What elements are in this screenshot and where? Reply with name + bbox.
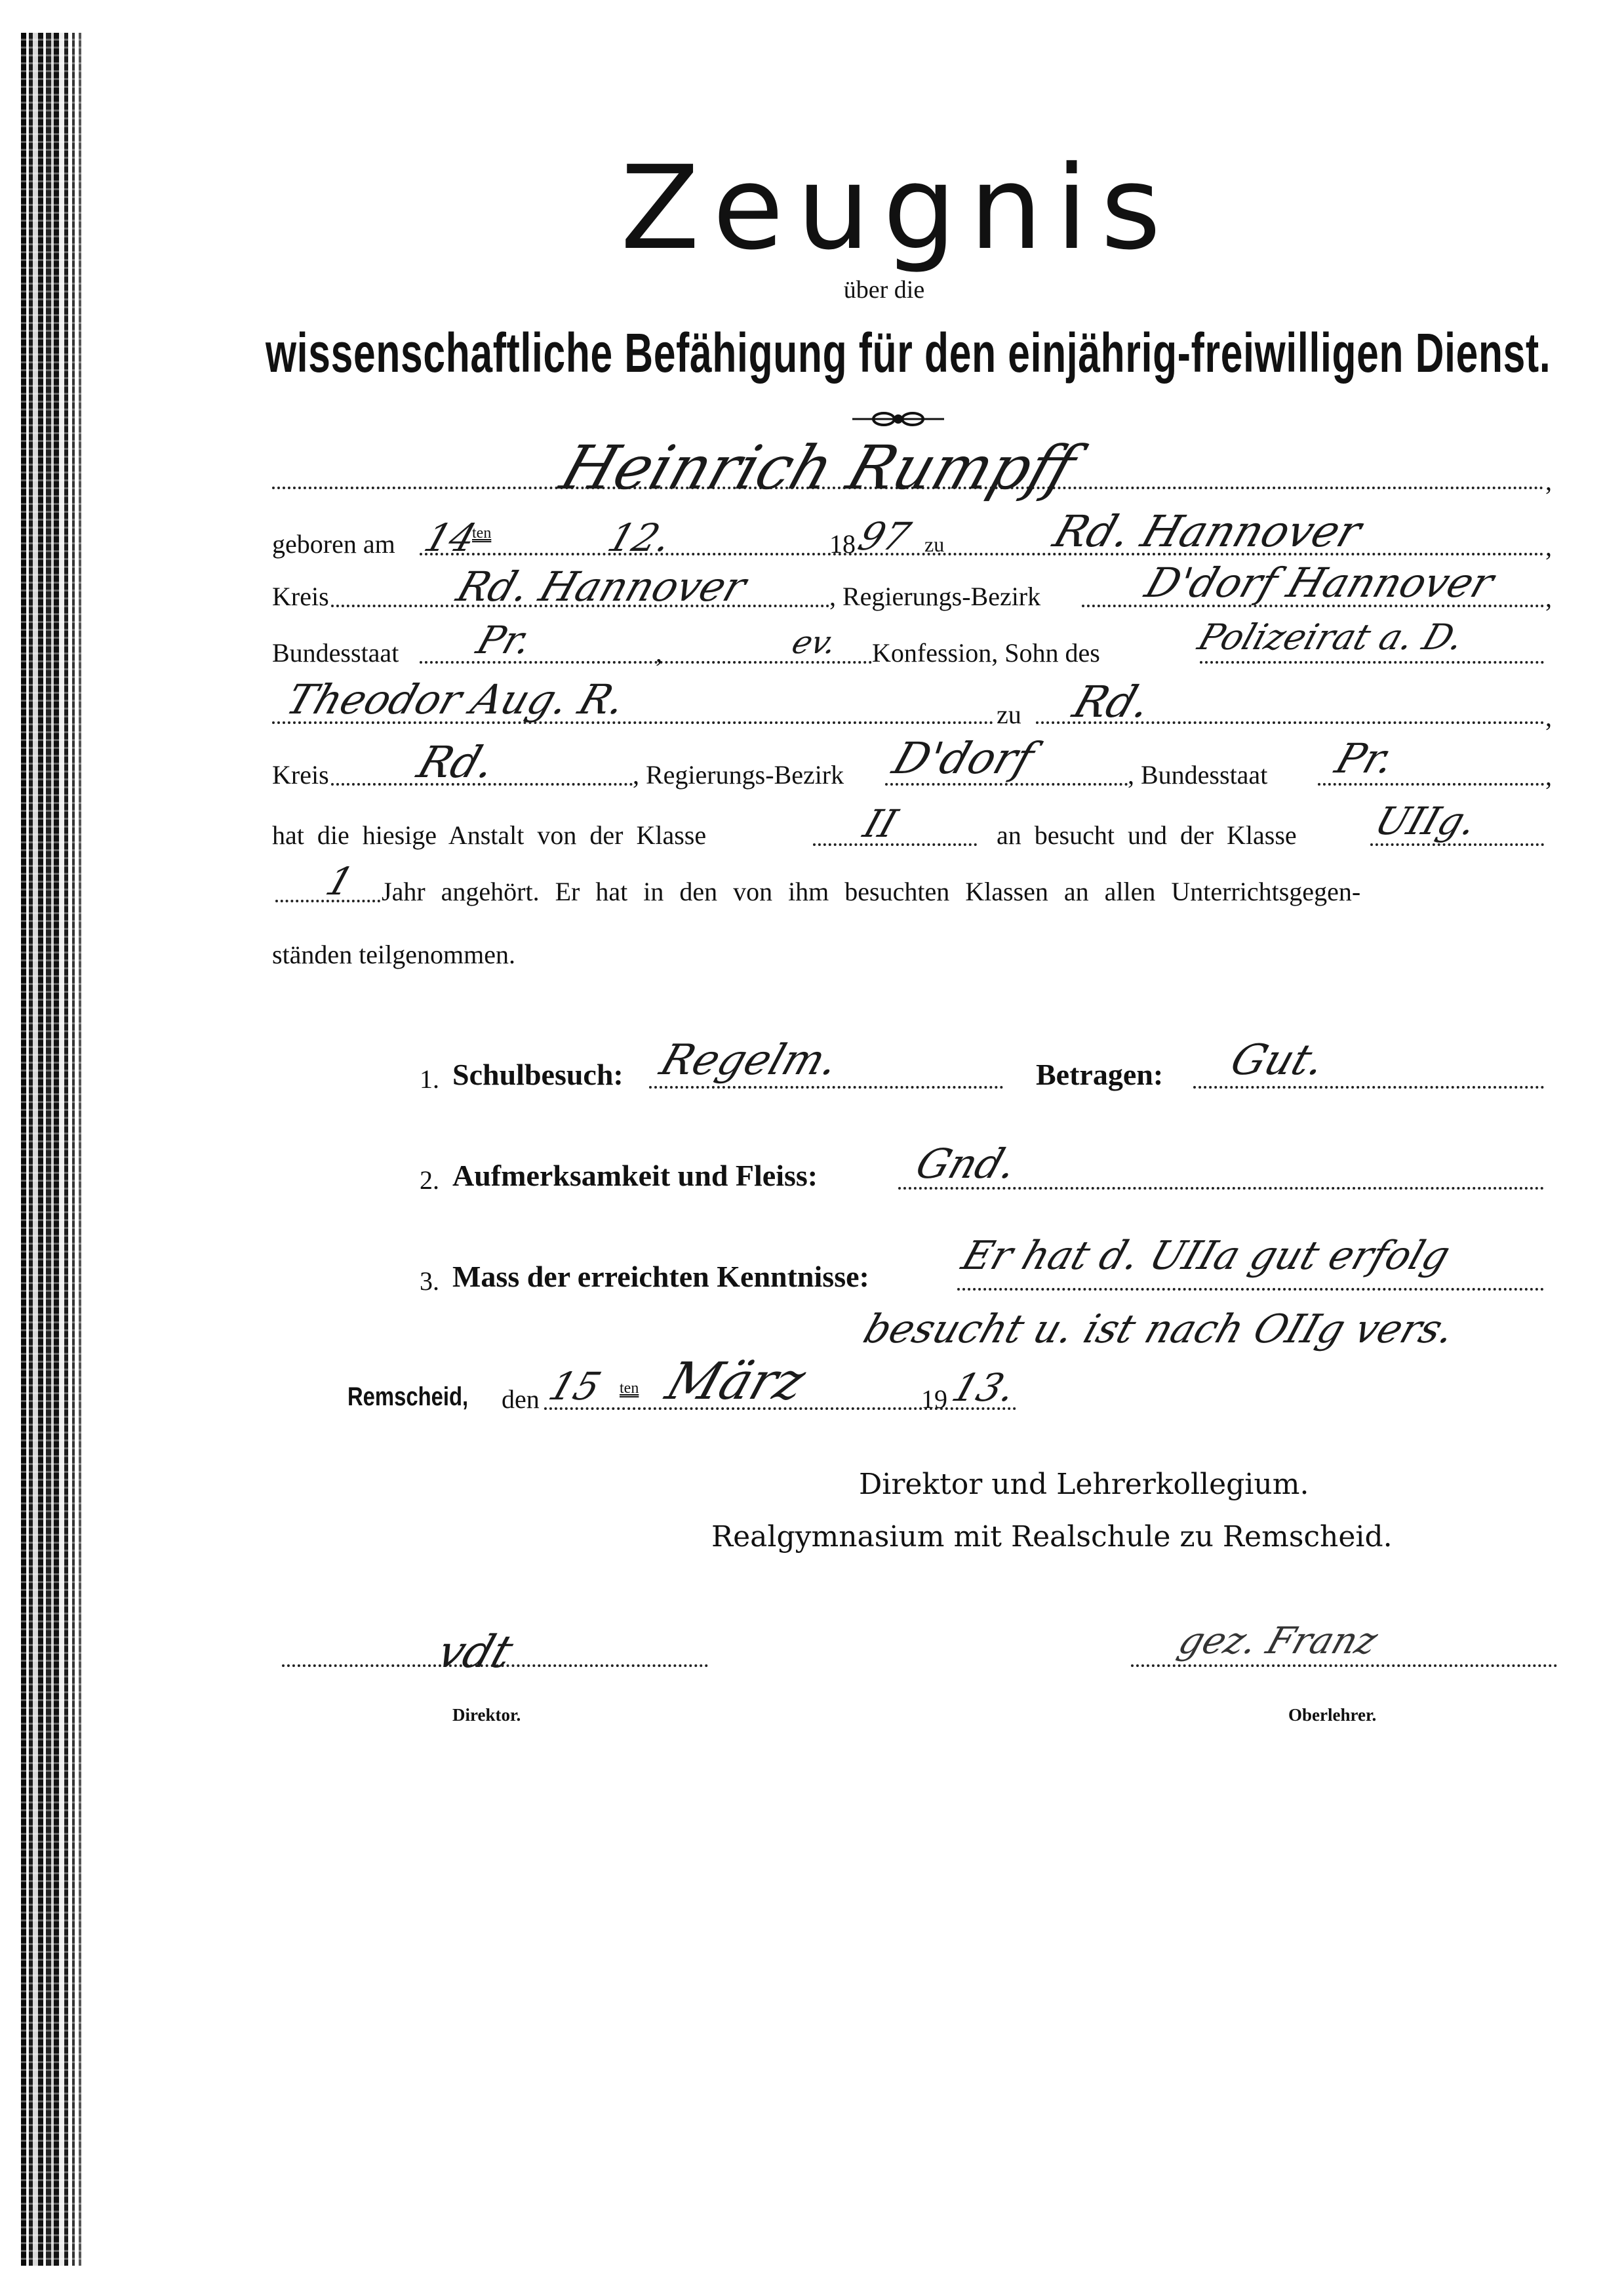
document-subtitle: über die [0, 275, 1624, 304]
date-place: Remscheid, [347, 1382, 468, 1412]
father-place-field[interactable]: Rd. [1067, 677, 1157, 727]
kreis2-field[interactable]: Rd. [411, 737, 502, 788]
birth-year-field[interactable]: 97 [853, 514, 916, 559]
grade-kenntnisse-label: Mass der erreichten Kenntnisse: [452, 1259, 869, 1294]
issuer-line-1: Direktor und Lehrerkollegium. [859, 1468, 1309, 1501]
grade-1-number: 1. [420, 1064, 439, 1094]
comma: , [1545, 582, 1552, 613]
label-kreis: Kreis [272, 581, 329, 612]
bezirk2-field[interactable]: D'dorf [886, 733, 1040, 784]
from-class-field[interactable]: II [858, 801, 903, 846]
bundesstaat2-field[interactable]: Pr. [1330, 734, 1400, 782]
schulbesuch-field[interactable]: Regelm. [654, 1036, 844, 1085]
birth-place-field[interactable]: Rd. Hannover [1047, 506, 1367, 557]
label-den: den [502, 1384, 540, 1415]
teacher-signature: gez. Franz [1173, 1620, 1383, 1662]
binding-strip [21, 33, 84, 2266]
bezirk-field[interactable]: D'dorf Hannover [1139, 559, 1499, 607]
comma: , [1545, 466, 1552, 496]
date-year-field[interactable]: 13. [947, 1365, 1021, 1410]
from-class-line [813, 843, 977, 846]
to-class-line [1370, 843, 1544, 846]
attendance-text-c: Jahr angehört. Er hat in den von ihm bes… [382, 876, 1360, 907]
grade-betragen-label: Betragen: [1036, 1057, 1163, 1092]
bundesstaat-field[interactable]: Pr. [471, 618, 538, 662]
label-konfession-sohn-des: Konfession, Sohn des [872, 637, 1100, 668]
document-heading: wissenschaftliche Befähigung für den ein… [266, 321, 1242, 385]
aufmerksamkeit-field[interactable]: Gnd. [910, 1140, 1023, 1188]
teacher-signature-line [1131, 1664, 1557, 1667]
grade-2-number: 2. [420, 1165, 439, 1195]
father-name-field[interactable]: Theodor Aug. R. [281, 675, 632, 723]
director-label: Direktor. [452, 1705, 521, 1725]
student-name-field[interactable]: Heinrich Rumpff [553, 433, 1084, 503]
label-bundesstaat: Bundesstaat [272, 637, 399, 668]
document-title: Zeugnis [0, 141, 1624, 275]
label-geboren-am: geboren am [272, 529, 395, 559]
comma: , [656, 637, 662, 668]
date-day-suffix: ten [620, 1380, 639, 1397]
comma: , [1545, 531, 1552, 562]
birth-line [420, 553, 1544, 555]
kreis-field[interactable]: Rd. Hannover [451, 563, 752, 611]
director-signature: vdt [431, 1626, 519, 1678]
date-year-prefix: 19 [921, 1384, 947, 1415]
decorative-ornament-icon [852, 412, 944, 426]
label-regierungs-bezirk: , Regierungs-Bezirk [829, 581, 1040, 612]
attendance-text-d: ständen teilgenommen. [272, 939, 515, 970]
comma: , [1545, 761, 1552, 792]
birth-day-suffix: ten [472, 525, 491, 542]
label-kreis: Kreis [272, 759, 329, 790]
kenntnisse-field[interactable]: Er hat d. UIIa gut erfolg [957, 1233, 1456, 1279]
father-title-field[interactable]: Polizeirat a. D. [1193, 616, 1469, 658]
kenntnisse-field-line2[interactable]: besucht u. ist nach OIIg vers. [858, 1306, 1461, 1352]
label-zu: zu [997, 699, 1021, 730]
grade-aufmerksamkeit-label: Aufmerksamkeit und Fleiss: [452, 1158, 818, 1193]
father-title-line [1200, 661, 1544, 664]
grade-3-number: 3. [420, 1266, 439, 1296]
birth-year-prefix: 18 [829, 529, 856, 559]
label-regierungs-bezirk: , Regierungs-Bezirk [633, 759, 844, 790]
teacher-label: Oberlehrer. [1288, 1705, 1376, 1725]
grade-schulbesuch-label: Schulbesuch: [452, 1057, 624, 1092]
attendance-text-a: hat die hiesige Anstalt von der Klasse [272, 820, 706, 851]
to-class-field[interactable]: UIIg. [1370, 799, 1482, 843]
years-field[interactable]: 1 [321, 859, 359, 904]
kenntnisse-line [957, 1288, 1544, 1291]
label-zu: zu [924, 532, 944, 557]
betragen-line [1193, 1086, 1544, 1089]
date-month-field[interactable]: März [659, 1352, 812, 1411]
comma: , [1545, 702, 1552, 733]
konfession-field[interactable]: ev. [787, 624, 842, 661]
attendance-text-b: an besucht und der Klasse [997, 820, 1297, 851]
label-bundesstaat: , Bundesstaat [1128, 759, 1267, 790]
date-day-field[interactable]: 15 [544, 1364, 606, 1409]
schulbesuch-line [649, 1086, 1003, 1089]
bundesstaat2-line [1318, 783, 1544, 786]
issuer-line-2: Realgymnasium mit Realschule zu Remschei… [711, 1520, 1393, 1554]
betragen-field[interactable]: Gut. [1225, 1036, 1331, 1085]
